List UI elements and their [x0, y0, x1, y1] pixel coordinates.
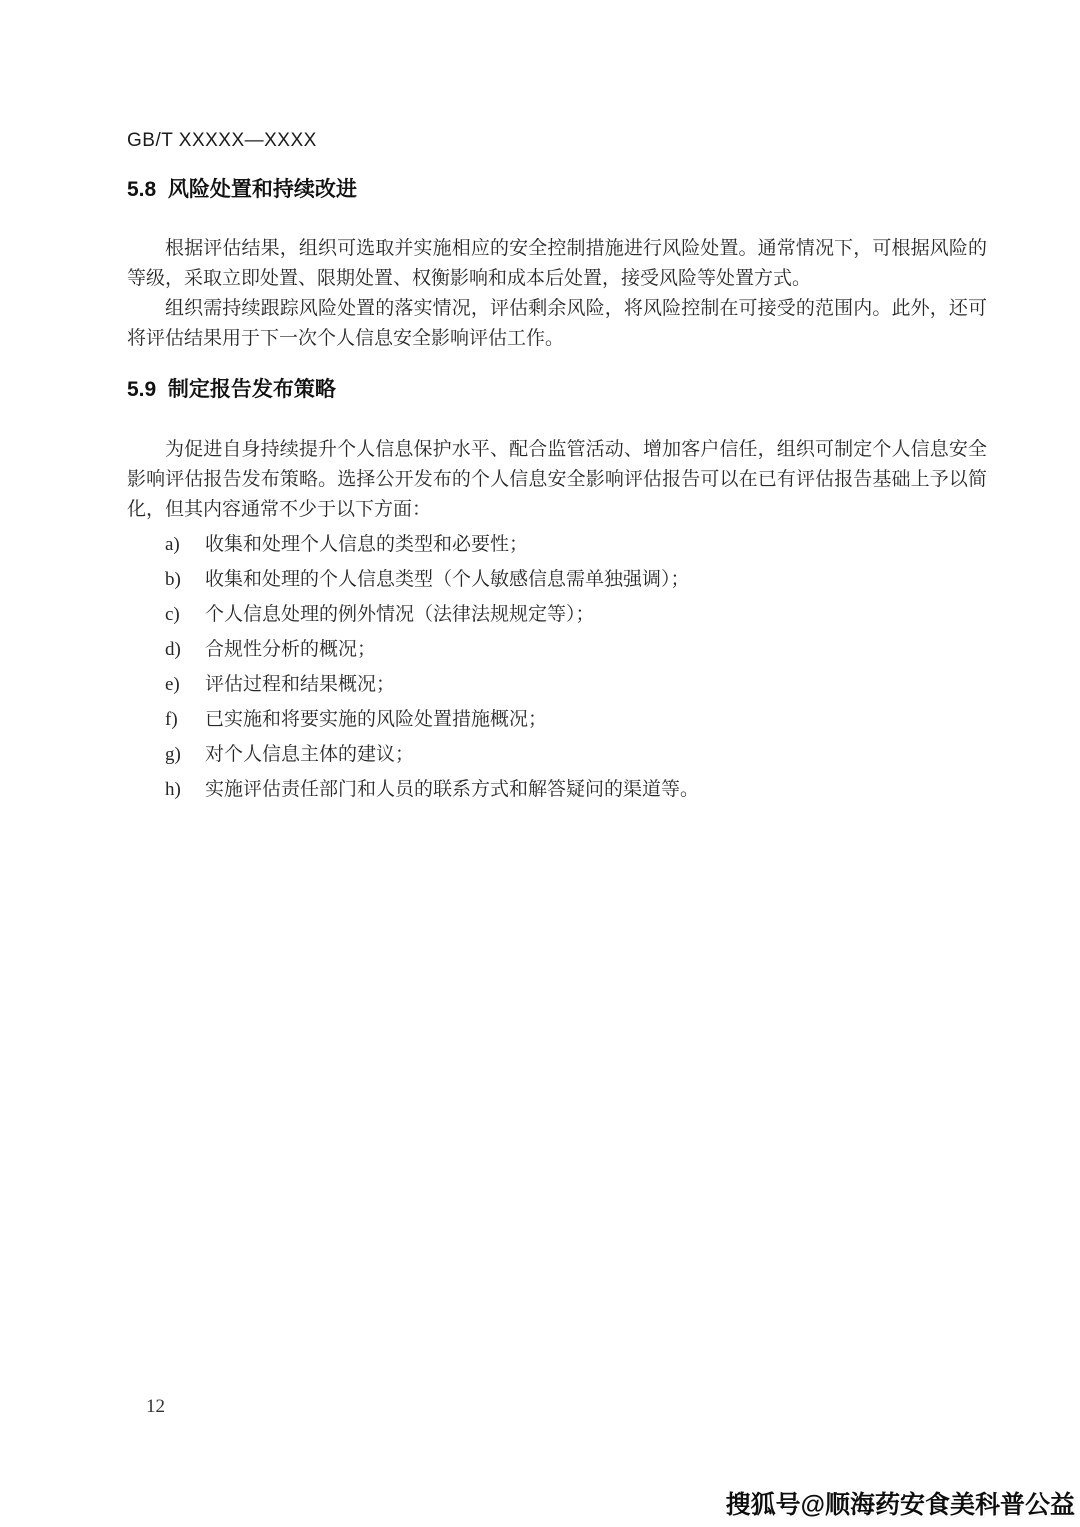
list-item-marker: d) — [165, 632, 205, 667]
list-item-marker: a) — [165, 527, 205, 562]
list-item: b) 收集和处理的个人信息类型（个人敏感信息需单独强调）； — [127, 562, 987, 597]
paragraph: 组织需持续跟踪风险处置的落实情况，评估剩余风险，将风险控制在可接受的范围内。此外… — [127, 294, 987, 354]
section-5-8-body: 根据评估结果，组织可选取并实施相应的安全控制措施进行风险处置。通常情况下，可根据… — [127, 234, 987, 354]
section-title-text: 制定报告发布策略 — [168, 378, 336, 401]
list-item: c) 个人信息处理的例外情况（法律法规规定等）； — [127, 597, 987, 632]
section-5-9-heading: 5.9 制定报告发布策略 — [127, 377, 987, 403]
list-item-marker: c) — [165, 597, 205, 632]
list-item: d) 合规性分析的概况； — [127, 632, 987, 667]
list-item: f) 已实施和将要实施的风险处置措施概况； — [127, 702, 987, 737]
list-item-text: 合规性分析的概况； — [205, 632, 987, 667]
list-item-text: 个人信息处理的例外情况（法律法规规定等）； — [205, 597, 987, 632]
list-item-marker: b) — [165, 562, 205, 597]
list-item-text: 实施评估责任部门和人员的联系方式和解答疑问的渠道等。 — [205, 772, 987, 807]
list-item: h) 实施评估责任部门和人员的联系方式和解答疑问的渠道等。 — [127, 772, 987, 807]
section-number: 5.8 — [127, 178, 156, 201]
list-item-text: 收集和处理的个人信息类型（个人敏感信息需单独强调）； — [205, 562, 987, 597]
list-item-marker: e) — [165, 667, 205, 702]
list-item-text: 评估过程和结果概况； — [205, 667, 987, 702]
list-item: g) 对个人信息主体的建议； — [127, 737, 987, 772]
report-content-list: a) 收集和处理个人信息的类型和必要性； b) 收集和处理的个人信息类型（个人敏… — [127, 527, 987, 807]
list-item: a) 收集和处理个人信息的类型和必要性； — [127, 527, 987, 562]
section-title-text: 风险处置和持续改进 — [168, 178, 357, 201]
paragraph: 根据评估结果，组织可选取并实施相应的安全控制措施进行风险处置。通常情况下，可根据… — [127, 234, 987, 294]
list-item-marker: h) — [165, 772, 205, 807]
list-item-marker: f) — [165, 702, 205, 737]
section-number: 5.9 — [127, 378, 156, 401]
list-item-text: 已实施和将要实施的风险处置措施概况； — [205, 702, 987, 737]
list-item: e) 评估过程和结果概况； — [127, 667, 987, 702]
watermark: 搜狐号@顺海药安食美科普公益 — [726, 1485, 1075, 1521]
list-item-marker: g) — [165, 737, 205, 772]
list-item-text: 收集和处理个人信息的类型和必要性； — [205, 527, 987, 562]
paragraph: 为促进自身持续提升个人信息保护水平、配合监管活动、增加客户信任，组织可制定个人信… — [127, 435, 987, 525]
document-page: GB/T XXXXX—XXXX 5.8 风险处置和持续改进 根据评估结果，组织可… — [0, 0, 1080, 1527]
doc-header-code: GB/T XXXXX—XXXX — [127, 130, 987, 152]
page-content: GB/T XXXXX—XXXX 5.8 风险处置和持续改进 根据评估结果，组织可… — [127, 0, 987, 807]
list-item-text: 对个人信息主体的建议； — [205, 737, 987, 772]
section-5-8-heading: 5.8 风险处置和持续改进 — [127, 177, 987, 203]
page-number: 12 — [146, 1396, 165, 1418]
section-5-9-body: 为促进自身持续提升个人信息保护水平、配合监管活动、增加客户信任，组织可制定个人信… — [127, 435, 987, 807]
